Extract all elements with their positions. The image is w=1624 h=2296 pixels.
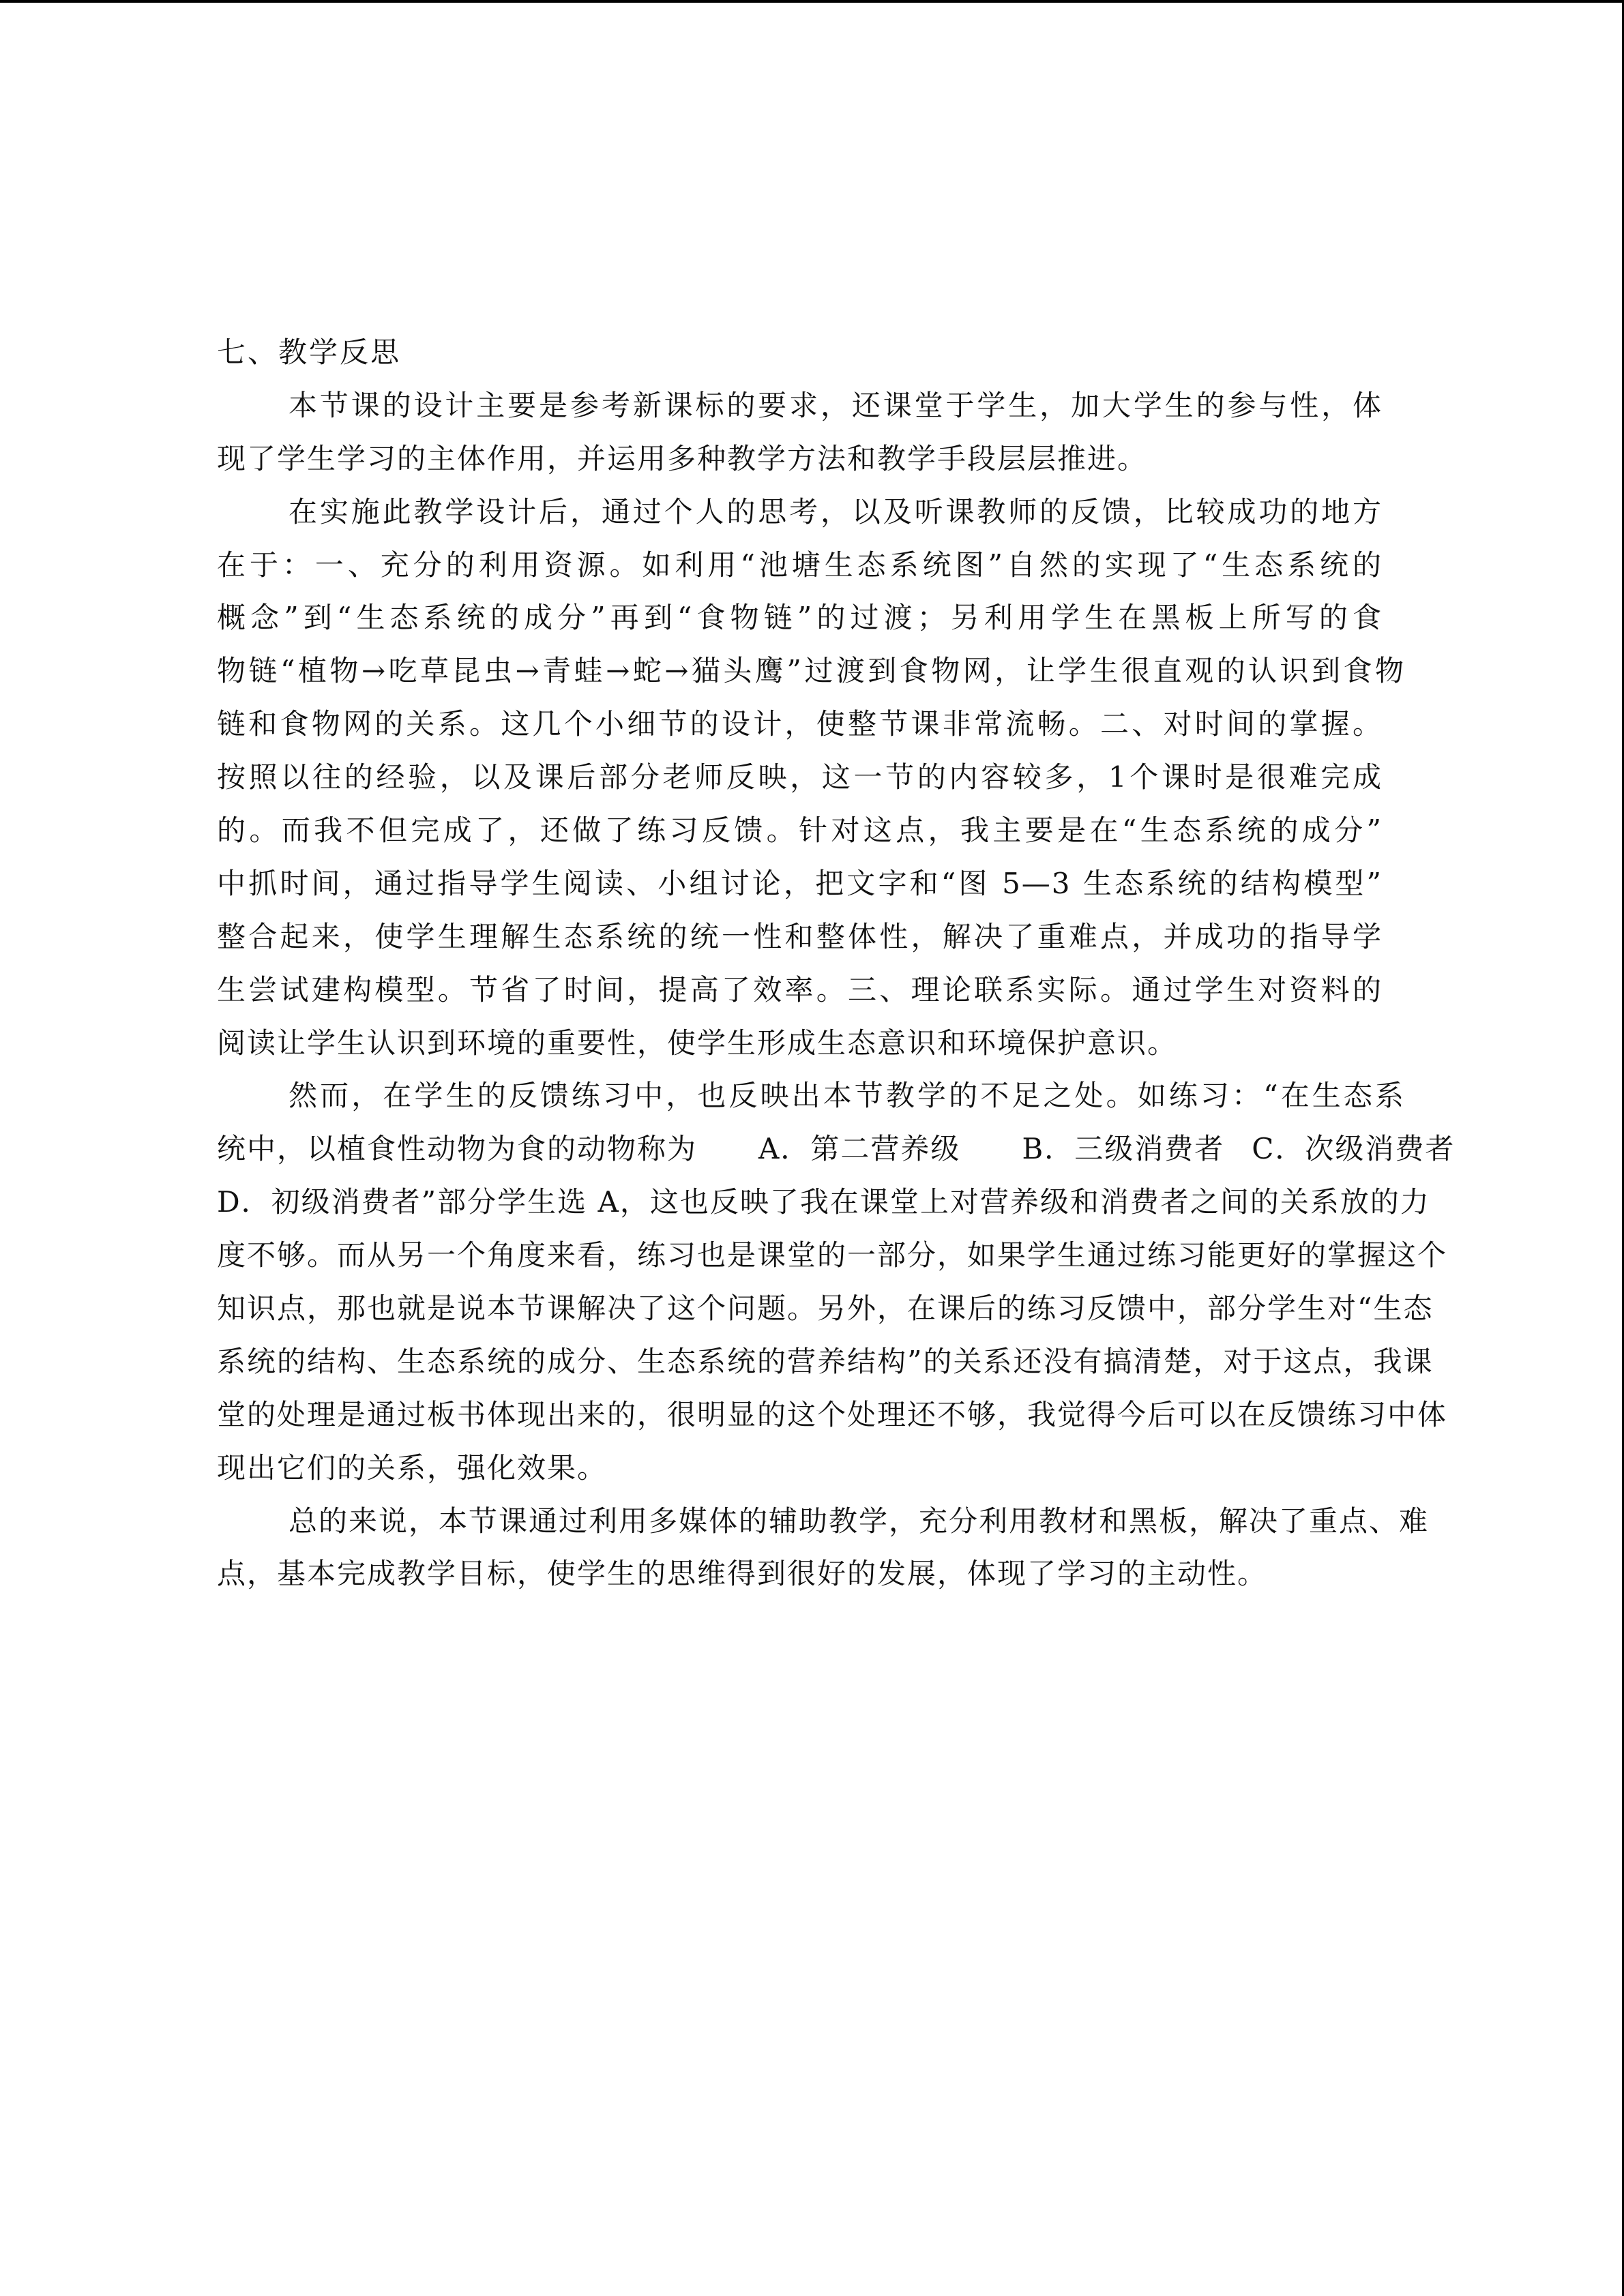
paragraph-line: 物链“植物→吃草昆虫→青蛙→蛇→猫头鹰”过渡到食物网，让学生很直观的认识到食物 [217, 644, 1405, 698]
paragraph-line: 堂的处理是通过板书体现出来的，很明显的这个处理还不够，我觉得今后可以在反馈练习中… [217, 1388, 1405, 1442]
paragraph-shortcomings: 然而，在学生的反馈练习中，也反映出本节教学的不足之处。如练习：“在生态系 统中，… [217, 1069, 1407, 1494]
paragraph-line: 系统的结构、生态系统的成分、生态系统的营养结构”的关系还没有搞清楚，对于这点，我… [217, 1335, 1405, 1388]
paragraph-line: 阅读让学生认识到环境的重要性，使学生形成生态意识和环境保护意识。 [217, 1017, 1407, 1070]
section-heading: 七、教学反思 [217, 326, 1407, 379]
paragraph-line: 链和食物网的关系。这几个小细节的设计，使整节课非常流畅。二、对时间的掌握。 [217, 698, 1383, 751]
document-page: 七、教学反思 本节课的设计主要是参考新课标的要求，还课堂于学生，加大学生的参与性… [217, 326, 1407, 1600]
paragraph-line: 整合起来，使学生理解生态系统的统一性和整体性，解决了重难点，并成功的指导学 [217, 910, 1383, 964]
exercise-options-line: 统中，以植食性动物为食的动物称为A．第二营养级B．三级消费者C．次级消费者 [217, 1122, 1407, 1176]
paragraph-line: 在于：一、充分的利用资源。如利用“池塘生态系统图”自然的实现了“生态系统的 [217, 539, 1383, 592]
paragraph-line: 按照以往的经验，以及课后部分老师反映，这一节的内容较多，1个课时是很难完成 [217, 751, 1383, 804]
paragraph-line: 的。而我不但完成了，还做了练习反馈。针对这点，我主要是在“生态系统的成分” [217, 804, 1383, 857]
exercise-option-c: C．次级消费者 [1252, 1132, 1455, 1165]
exercise-option-a: A．第二营养级 [758, 1132, 960, 1165]
paragraph-successes: 在实施此教学设计后，通过个人的思考，以及听课教师的反馈，比较成功的地方 在于：一… [217, 486, 1407, 1070]
paragraph-line: 然而，在学生的反馈练习中，也反映出本节教学的不足之处。如练习：“在生态系 [217, 1069, 1405, 1122]
paragraph-line: 度不够。而从另一个角度来看，练习也是课堂的一部分，如果学生通过练习能更好的掌握这… [217, 1229, 1405, 1282]
paragraph-line: D．初级消费者”部分学生选 A，这也反映了我在课堂上对营养级和消费者之间的关系放… [217, 1176, 1405, 1229]
paragraph-line: 现了学生学习的主体作用，并运用多种教学方法和教学手段层层推进。 [217, 432, 1407, 486]
paragraph-line: 生尝试建构模型。节省了时间，提高了效率。三、理论联系实际。通过学生对资料的 [217, 964, 1383, 1017]
paragraph-line: 概念”到“生态系统的成分”再到“食物链”的过渡；另利用学生在黑板上所写的食 [217, 591, 1383, 644]
paragraph-line: 在实施此教学设计后，通过个人的思考，以及听课教师的反馈，比较成功的地方 [217, 486, 1383, 539]
paragraph-line: 中抓时间，通过指导学生阅读、小组讨论，把文字和“图 5—3 生态系统的结构模型” [217, 857, 1383, 910]
paragraph-line: 本节课的设计主要是参考新课标的要求，还课堂于学生，加大学生的参与性，体 [217, 379, 1383, 432]
paragraph-line: 点，基本完成教学目标，使学生的思维得到很好的发展，体现了学习的主动性。 [217, 1547, 1407, 1600]
paragraph-design-intent: 本节课的设计主要是参考新课标的要求，还课堂于学生，加大学生的参与性，体 现了学生… [217, 379, 1407, 486]
exercise-option-b: B．三级消费者 [1022, 1132, 1224, 1165]
page-top-border [0, 0, 1624, 3]
paragraph-line: 总的来说，本节课通过利用多媒体的辅助教学，充分利用教材和黑板，解决了重点、难 [217, 1495, 1383, 1548]
paragraph-line: 现出它们的关系，强化效果。 [217, 1442, 1407, 1495]
paragraph-line: 知识点，那也就是说本节课解决了这个问题。另外，在课后的练习反馈中，部分学生对“生… [217, 1282, 1405, 1335]
paragraph-summary: 总的来说，本节课通过利用多媒体的辅助教学，充分利用教材和黑板，解决了重点、难 点… [217, 1495, 1407, 1601]
exercise-stem: 统中，以植食性动物为食的动物称为 [217, 1132, 697, 1165]
